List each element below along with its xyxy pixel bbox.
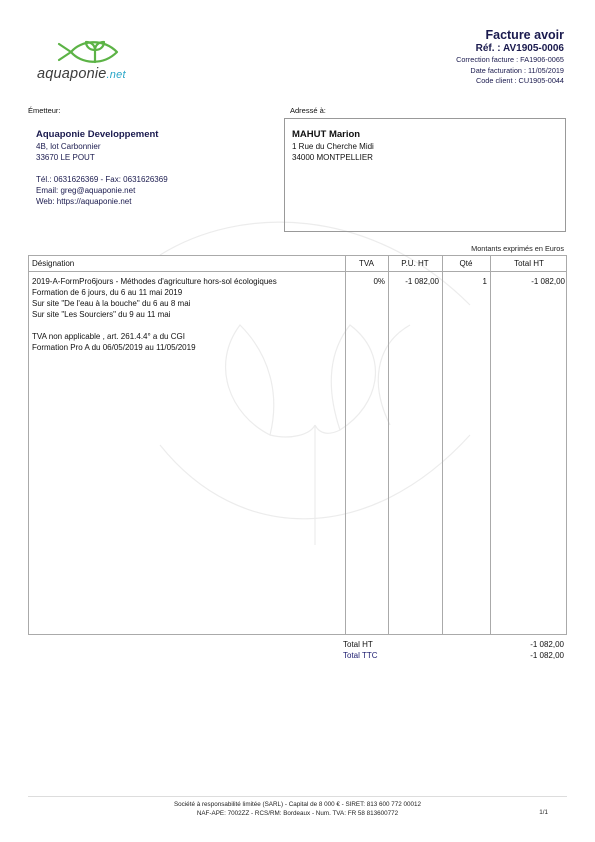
document-title: Facture avoir bbox=[456, 28, 564, 43]
col-tva: TVA bbox=[345, 259, 388, 268]
logo-wordmark: aquaponie.net bbox=[37, 66, 126, 82]
recipient-block: MAHUT Marion 1 Rue du Cherche Midi 34000… bbox=[292, 128, 374, 163]
description-line: Formation Pro A du 06/05/2019 au 11/05/2… bbox=[32, 342, 332, 353]
correction-invoice: Correction facture : FA1906-0065 bbox=[456, 55, 564, 66]
description-spacer bbox=[32, 320, 332, 331]
logo-tld: .net bbox=[107, 69, 126, 81]
column-divider bbox=[490, 256, 491, 634]
footer-legal: Société à responsabilité limitée (SARL) … bbox=[0, 800, 595, 818]
column-divider bbox=[442, 256, 443, 634]
recipient-name: MAHUT Marion bbox=[292, 128, 374, 141]
sender-web[interactable]: Web: https://aquaponie.net bbox=[36, 196, 168, 207]
col-unit-price: P.U. HT bbox=[388, 259, 442, 268]
client-code: Code client : CU1905-0044 bbox=[456, 76, 564, 87]
sender-address-1: 4B, lot Carbonnier bbox=[36, 141, 168, 152]
invoice-header: Facture avoir Réf. : AV1905-0006 Correct… bbox=[456, 28, 564, 87]
fish-sprout-icon bbox=[57, 38, 119, 66]
col-total-ht: Total HT bbox=[490, 259, 568, 268]
sender-block: Aquaponie Developpement 4B, lot Carbonni… bbox=[36, 128, 168, 207]
invoice-lines-table: Désignation TVA P.U. HT Qté Total HT 201… bbox=[28, 255, 567, 635]
description-line: Formation de 6 jours, du 6 au 11 mai 201… bbox=[32, 287, 332, 298]
total-ht-value: -1 082,00 bbox=[530, 639, 564, 650]
column-divider bbox=[388, 256, 389, 634]
column-divider bbox=[345, 256, 346, 634]
row-unit-price: -1 082,00 bbox=[388, 276, 439, 287]
footer-line-2: NAF-APE: 7002ZZ - RCS/RM: Bordeaux - Num… bbox=[0, 809, 595, 818]
logo-brand: aquaponie bbox=[37, 66, 107, 82]
description-line: 2019-A-FormPro6jours - Méthodes d'agricu… bbox=[32, 276, 332, 287]
recipient-label: Adressé à: bbox=[290, 106, 326, 115]
table-row-description: 2019-A-FormPro6jours - Méthodes d'agricu… bbox=[32, 276, 332, 353]
sender-email[interactable]: Email: greg@aquaponie.net bbox=[36, 185, 168, 196]
company-logo: aquaponie.net bbox=[35, 38, 145, 88]
sender-name: Aquaponie Developpement bbox=[36, 128, 168, 141]
document-ref: Réf. : AV1905-0006 bbox=[456, 43, 564, 55]
sender-label: Émetteur: bbox=[28, 106, 61, 115]
row-tva: 0% bbox=[345, 276, 385, 287]
sender-address-2: 33670 LE POUT bbox=[36, 152, 168, 163]
col-qty: Qté bbox=[442, 259, 490, 268]
description-line: Sur site "De l'eau à la bouche" du 6 au … bbox=[32, 298, 332, 309]
col-designation: Désignation bbox=[32, 259, 74, 268]
recipient-address-1: 1 Rue du Cherche Midi bbox=[292, 141, 374, 152]
footer-line-1: Société à responsabilité limitée (SARL) … bbox=[0, 800, 595, 809]
footer-divider bbox=[28, 796, 567, 797]
row-qty: 1 bbox=[442, 276, 487, 287]
total-ttc-value: -1 082,00 bbox=[530, 650, 564, 661]
description-line: Sur site "Les Sourciers" du 9 au 11 mai bbox=[32, 309, 332, 320]
total-ttc-label: Total TTC bbox=[343, 650, 378, 661]
description-line: TVA non applicable , art. 261.4.4° a du … bbox=[32, 331, 332, 342]
page-number: 1/1 bbox=[539, 809, 548, 816]
invoice-date: Date facturation : 11/05/2019 bbox=[456, 66, 564, 77]
row-total: -1 082,00 bbox=[490, 276, 565, 287]
currency-note: Montants exprimés en Euros bbox=[471, 244, 564, 253]
recipient-address-2: 34000 MONTPELLIER bbox=[292, 152, 374, 163]
total-ht-label: Total HT bbox=[343, 639, 373, 650]
sender-phone: Tél.: 0631626369 - Fax: 0631626369 bbox=[36, 174, 168, 185]
